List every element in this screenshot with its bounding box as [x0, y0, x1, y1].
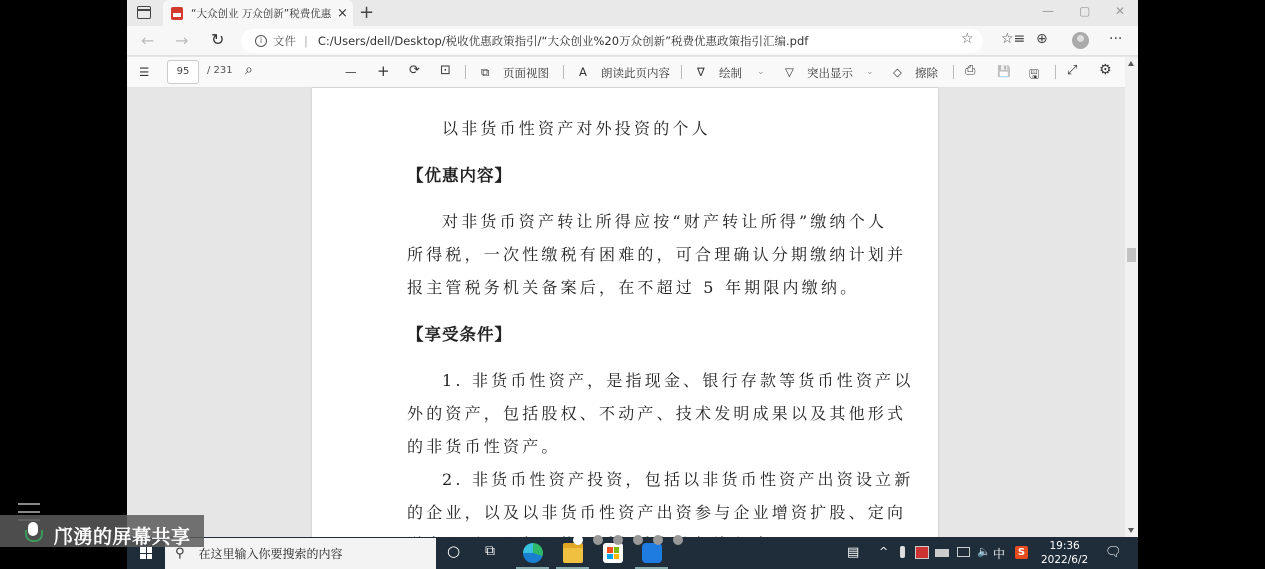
page-total: / 231 [207, 65, 233, 76]
page-view-button[interactable]: 页面视图 [503, 65, 549, 81]
scroll-up-arrow-icon[interactable] [1128, 61, 1134, 66]
back-button[interactable]: ← [141, 31, 154, 50]
notification-center-icon[interactable]: 🗨 [1105, 545, 1122, 560]
new-tab-button[interactable]: + [359, 2, 374, 23]
page-number-input[interactable]: 95 [167, 60, 199, 84]
volume-icon[interactable]: 🔈 [977, 545, 991, 558]
doc-line: 1. 非货币性资产，是指现金、银行存款等货币性资产以 [442, 368, 914, 391]
tab-title: “大众创业 万众创新”税费优惠政 [191, 6, 331, 21]
draw-icon: ∇ [697, 65, 705, 79]
doc-line: 报主管税务机关备案后，在不超过 5 年期限内缴纳。 [407, 275, 859, 298]
pdf-toolbar: ☰ 95 / 231 ⌕ — + ⟳ ⊡ ⧉ 页面视图 A 朗读此页内容 ∇ 绘… [127, 57, 1127, 88]
microphone-icon[interactable] [900, 546, 905, 558]
collections-icon[interactable]: ⊕ [1036, 31, 1048, 47]
minimize-button[interactable]: — [1042, 4, 1054, 18]
carousel-dot[interactable] [593, 535, 603, 545]
clock-date: 2022/6/2 [1041, 553, 1088, 567]
clock-time: 19:36 [1041, 539, 1088, 553]
draw-button[interactable]: 绘制 [719, 65, 742, 81]
doc-line: 以非货币性资产对外投资的个人 [442, 116, 711, 139]
document-area: 以非货币性资产对外投资的个人 【优惠内容】 对非货币资产转让所得应按“财产转让所… [127, 88, 1125, 537]
restore-button[interactable]: ▢ [1079, 4, 1090, 18]
left-letterbox [0, 0, 127, 569]
file-explorer-icon[interactable] [563, 543, 583, 563]
info-icon[interactable]: i [255, 35, 267, 47]
erase-icon: ◇ [893, 65, 902, 79]
section-heading: 【享受条件】 [407, 321, 512, 345]
pdf-page: 以非货币性资产对外投资的个人 【优惠内容】 对非货币资产转让所得应按“财产转让所… [312, 88, 938, 558]
doc-line: 外的资产，包括股权、不动产、技术发明成果以及其他形式 [407, 401, 906, 424]
save-as-icon[interactable]: 🖫 [1029, 65, 1039, 86]
forward-button[interactable]: → [175, 31, 188, 50]
task-view-icon[interactable]: ⧉ [485, 543, 495, 559]
cortana-icon[interactable]: ○ [447, 542, 460, 560]
url-text: C:/Users/dell/Desktop/税收优惠政策指引/“大众创业%20万… [318, 33, 808, 49]
page-view-icon: ⧉ [481, 65, 489, 80]
url-input[interactable]: i 文件 | C:/Users/dell/Desktop/税收优惠政策指引/“大… [241, 29, 983, 53]
favorites-icon[interactable]: ☆≡ [1001, 31, 1025, 47]
doc-line: 的非货币性资产。 [407, 434, 561, 457]
divider [953, 65, 954, 79]
doc-line: 2. 非货币性资产投资，包括以非货币性资产出资设立新 [442, 467, 914, 490]
highlight-button[interactable]: 突出显示 [807, 65, 853, 81]
zoom-out-button[interactable]: — [345, 65, 357, 79]
screen-share-tray-icon[interactable] [915, 546, 929, 559]
right-letterbox [1138, 0, 1265, 569]
microphone-icon [28, 522, 38, 536]
scroll-thumb[interactable] [1127, 248, 1136, 262]
screen-share-label: 邝湧的屏幕共享 [54, 522, 191, 549]
ime-indicator[interactable]: 中 [993, 545, 1005, 562]
zoom-in-button[interactable]: + [377, 62, 390, 80]
divider [1055, 65, 1056, 79]
divider [681, 65, 682, 79]
doc-line: 所得税，一次性缴税有困难的，可合理确认分期缴纳计划并 [407, 242, 906, 265]
rotate-icon[interactable]: ⟳ [409, 63, 420, 78]
save-icon[interactable]: 💾 [997, 65, 1011, 78]
read-aloud-icon: A [579, 65, 587, 79]
taskbar-search-input[interactable]: ⚲ 在这里输入你要搜索的内容 [165, 538, 436, 569]
scroll-down-arrow-icon[interactable] [1128, 528, 1134, 533]
edge-browser-icon[interactable] [523, 543, 543, 563]
tray-chevron-icon[interactable]: ^ [879, 545, 888, 558]
close-window-button[interactable]: ✕ [1115, 4, 1125, 18]
store-icon[interactable] [603, 543, 623, 563]
erase-button[interactable]: 擦除 [915, 65, 938, 81]
doc-line: 对非货币资产转让所得应按“财产转让所得”缴纳个人 [442, 209, 887, 232]
meeting-app-icon[interactable] [642, 543, 662, 563]
file-label: 文件 [273, 33, 296, 49]
battery-icon[interactable] [935, 549, 949, 557]
carousel-dot[interactable] [613, 535, 623, 545]
screen: “大众创业 万众创新”税费优惠政 × + — ▢ ✕ ← → ↻ i 文件 | … [127, 0, 1138, 569]
add-favorite-icon[interactable]: ☆ [961, 31, 974, 47]
carousel-dot[interactable] [653, 535, 663, 545]
separator: | [304, 34, 308, 48]
refresh-button[interactable]: ↻ [211, 30, 224, 49]
read-aloud-button[interactable]: 朗读此页内容 [601, 65, 670, 81]
divider [465, 65, 466, 79]
table-of-contents-icon[interactable]: ☰ [139, 65, 149, 79]
carousel-dot[interactable] [673, 535, 683, 545]
settings-icon[interactable]: ⚙ [1099, 62, 1112, 78]
more-menu-icon[interactable]: ··· [1109, 31, 1122, 47]
tab-bar: “大众创业 万众创新”税费优惠政 × + — ▢ ✕ [127, 0, 1138, 26]
news-icon[interactable]: ▤ [847, 545, 859, 560]
fullscreen-icon[interactable]: ⤢ [1067, 63, 1077, 78]
network-icon[interactable] [957, 547, 970, 557]
draw-chevron-icon[interactable]: ⌄ [757, 67, 765, 77]
vertical-scrollbar[interactable] [1125, 57, 1138, 537]
address-bar-row: ← → ↻ i 文件 | C:/Users/dell/Desktop/税收优惠政… [127, 26, 1138, 56]
tab-pdf[interactable]: “大众创业 万众创新”税费优惠政 × [163, 0, 353, 26]
divider [563, 65, 564, 79]
highlight-icon: ▽ [785, 65, 794, 79]
carousel-dot[interactable] [573, 535, 583, 545]
pdf-icon [171, 7, 183, 20]
search-icon[interactable]: ⌕ [245, 62, 253, 78]
tab-close-button[interactable]: × [337, 6, 348, 21]
fit-page-icon[interactable]: ⊡ [440, 63, 451, 78]
system-clock[interactable]: 19:36 2022/6/2 [1041, 539, 1088, 567]
doc-line: 的企业，以及以非货币性资产出资参与企业增资扩股、定向 [407, 500, 906, 523]
profile-avatar[interactable] [1072, 32, 1089, 49]
highlight-chevron-icon[interactable]: ⌄ [866, 67, 874, 77]
carousel-dot[interactable] [633, 535, 643, 545]
sogou-ime-icon[interactable]: S [1015, 546, 1028, 559]
search-placeholder: 在这里输入你要搜索的内容 [199, 545, 343, 562]
section-heading: 【优惠内容】 [407, 162, 512, 186]
print-icon[interactable]: ⎙ [965, 63, 975, 78]
tab-actions-icon[interactable] [137, 6, 151, 19]
